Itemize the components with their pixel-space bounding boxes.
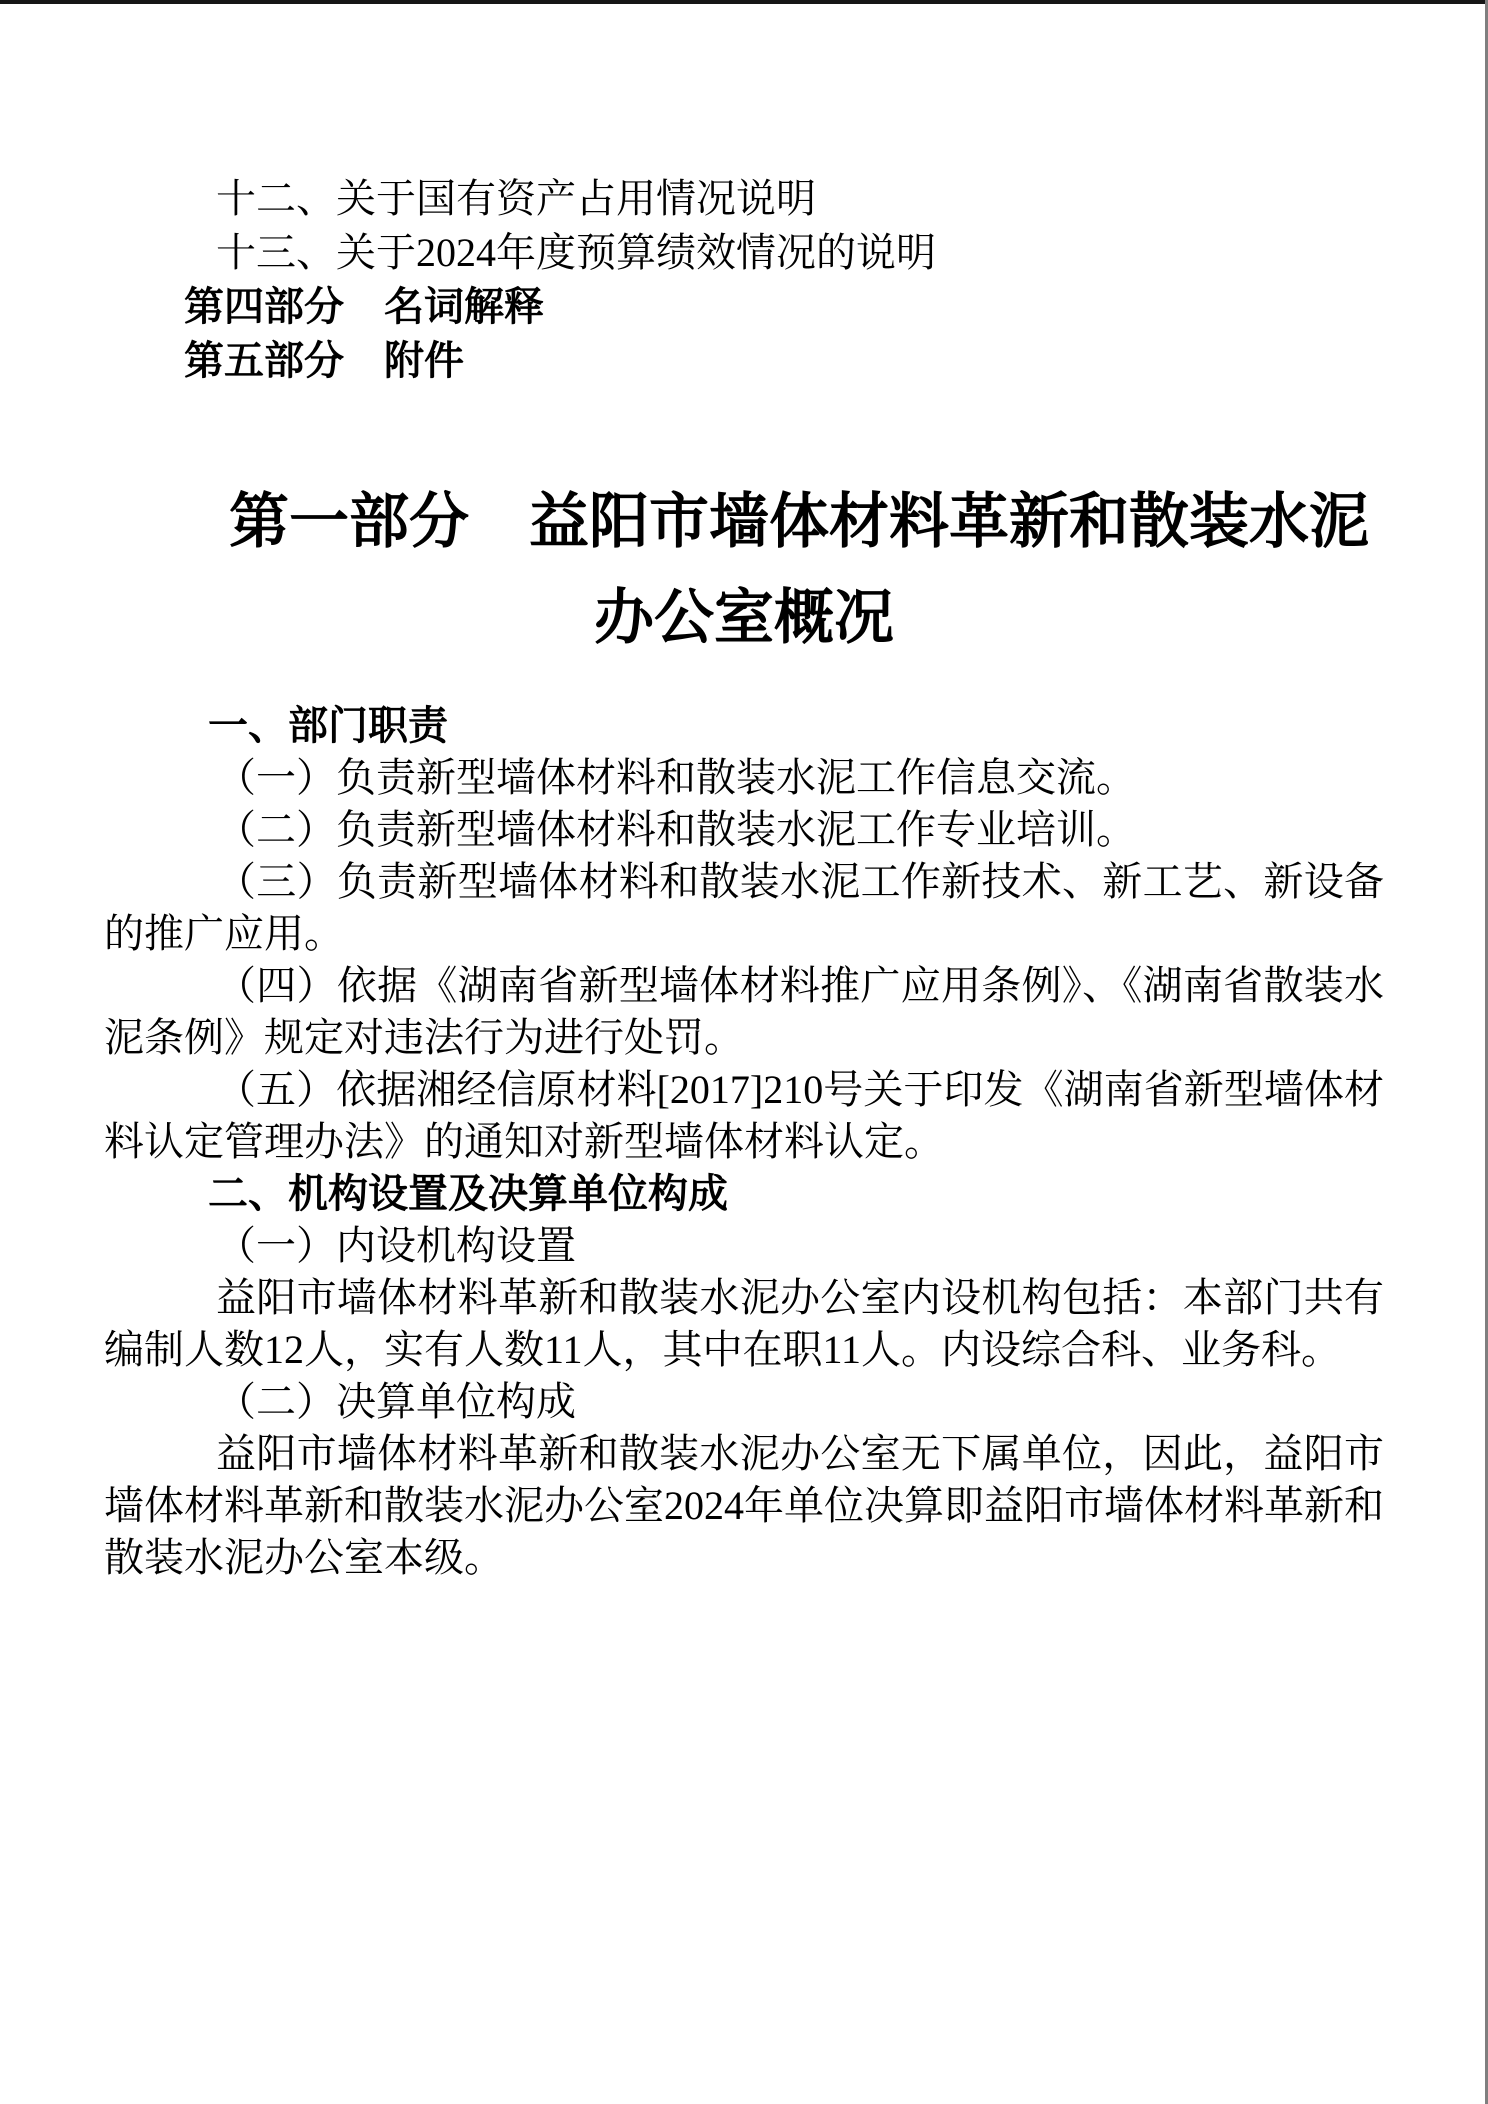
part-one-title: 第一部分 益阳市墙体材料革新和散装水泥 办公室概况 [104,474,1384,666]
toc-part-4: 第四部分 名词解释 [104,280,1384,334]
paragraph-internal-orgs-detail: 益阳市墙体材料革新和散装水泥办公室内设机构包括：本部门共有编制人数12人，实有人… [104,1272,1384,1376]
body-text: 一、部门职责 （一）负责新型墙体材料和散装水泥工作信息交流。 （二）负责新型墙体… [104,700,1384,1584]
toc-part-5: 第五部分 附件 [104,334,1384,388]
paragraph-duty-2: （二）负责新型墙体材料和散装水泥工作专业培训。 [104,804,1384,856]
section-heading-duties: 一、部门职责 [104,700,1384,752]
paragraph-duty-1: （一）负责新型墙体材料和散装水泥工作信息交流。 [104,752,1384,804]
toc-item-13: 十三、关于2024年度预算绩效情况的说明 [104,226,1384,280]
part-one-title-line-2: 办公室概况 [104,570,1384,666]
toc-item-12: 十二、关于国有资产占用情况说明 [104,172,1384,226]
paragraph-unit-composition-detail: 益阳市墙体材料革新和散装水泥办公室无下属单位，因此，益阳市墙体材料革新和散装水泥… [104,1428,1384,1584]
paragraph-duty-5: （五）依据湘经信原材料[2017]210号关于印发《湖南省新型墙体材料认定管理办… [104,1064,1384,1168]
paragraph-unit-composition-label: （二）决算单位构成 [104,1376,1384,1428]
paragraph-internal-orgs-label: （一）内设机构设置 [104,1220,1384,1272]
paragraph-duty-4: （四）依据《湖南省新型墙体材料推广应用条例》、《湖南省散装水泥条例》规定对违法行… [104,960,1384,1064]
table-of-contents-fragment: 十二、关于国有资产占用情况说明 十三、关于2024年度预算绩效情况的说明 第四部… [104,0,1384,388]
paragraph-duty-3: （三）负责新型墙体材料和散装水泥工作新技术、新工艺、新设备的推广应用。 [104,856,1384,960]
document-page: { "document": { "toc": { "items": [ "十二、… [0,0,1488,2104]
part-one-title-line-1: 第一部分 益阳市墙体材料革新和散装水泥 [104,474,1384,570]
page-content: 十二、关于国有资产占用情况说明 十三、关于2024年度预算绩效情况的说明 第四部… [104,0,1384,1584]
section-heading-structure: 二、机构设置及决算单位构成 [104,1168,1384,1220]
